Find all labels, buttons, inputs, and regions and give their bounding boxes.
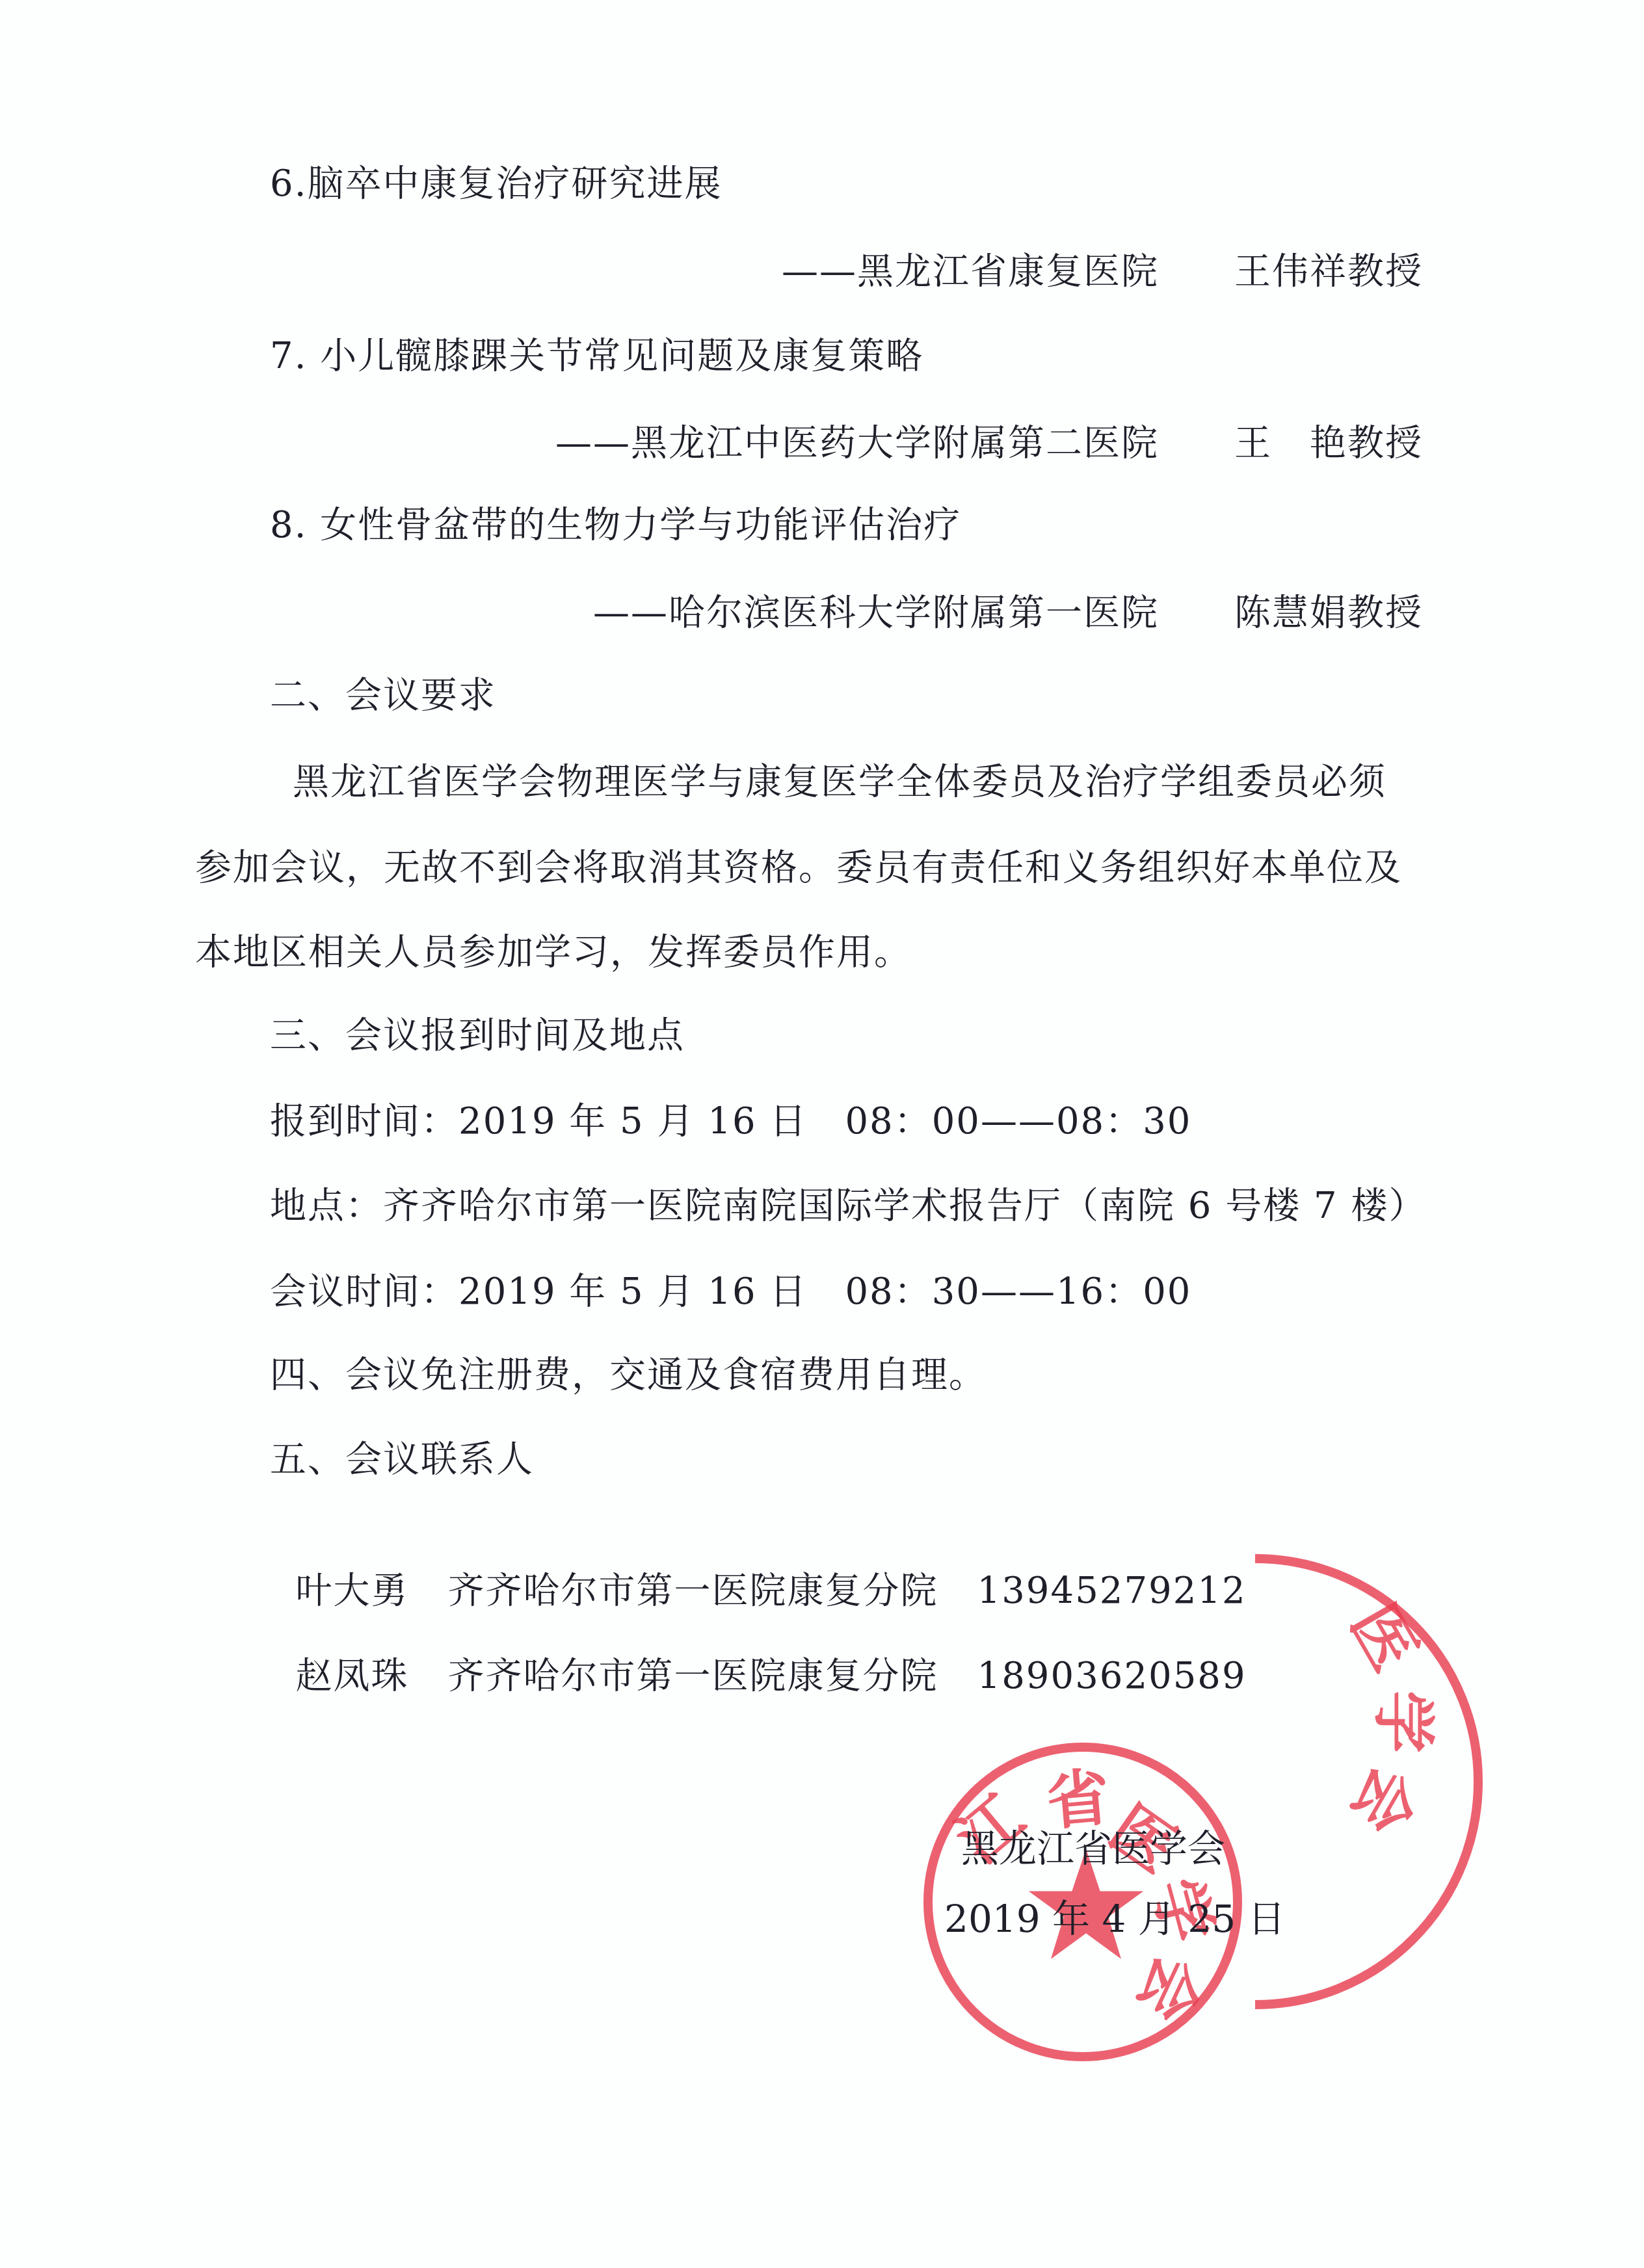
meeting-location: 地点：齐齐哈尔市第一医院南院国际学术报告厅（南院 6 号楼 7 楼）	[270, 1183, 1426, 1229]
talk-6-speaker: ——黑龙江省康复医院 王伟祥教授	[782, 249, 1423, 295]
section-5-heading: 五、会议联系人	[270, 1437, 534, 1483]
contact-org: 齐齐哈尔市第一医院康复分院	[448, 1655, 938, 1697]
meeting-time: 会议时间：2019 年 5 月 16 日 08：30——16：00	[270, 1269, 1191, 1315]
section-2-heading: 二、会议要求	[270, 673, 496, 719]
section-4-heading: 四、会议免注册费，交通及食宿费用自理。	[270, 1352, 987, 1398]
section-2-paragraph-line-2: 参加会议，无故不到会将取消其资格。委员有责任和义务组织好本单位及	[195, 845, 1402, 891]
partial-seal-char: 学	[1372, 1691, 1435, 1753]
signature-org: 黑龙江省医学会	[961, 1826, 1225, 1871]
section-2-paragraph-line-1: 黑龙江省医学会物理医学与康复医学全体委员及治疗学组委员必须	[293, 759, 1386, 805]
contact-row: 赵凤珠齐齐哈尔市第一医院康复分院18903620589	[270, 1608, 1247, 1699]
contact-phone: 13945279212	[977, 1570, 1247, 1612]
contact-name: 赵凤珠	[296, 1655, 409, 1697]
section-2-paragraph-line-3: 本地区相关人员参加学习，发挥委员作用。	[195, 930, 912, 975]
signature-date: 2019 年 4 月 25 日	[944, 1896, 1286, 1942]
talk-7-speaker: ——黑龙江中医药大学附属第二医院 王 艳教授	[555, 421, 1423, 466]
contact-row: 叶大勇齐齐哈尔市第一医院康复分院13945279212	[270, 1523, 1247, 1614]
seal-char: 省	[1044, 1766, 1112, 1834]
checkin-time: 报到时间：2019 年 5 月 16 日 08：00——08：30	[270, 1099, 1191, 1144]
talk-7-title: 7. 小儿髋膝踝关节常见问题及康复策略	[270, 334, 923, 379]
contact-phone: 18903620589	[977, 1655, 1247, 1697]
section-3-heading: 三、会议报到时间及地点	[270, 1013, 685, 1059]
contact-name: 叶大勇	[296, 1570, 409, 1612]
talk-8-speaker: ——哈尔滨医科大学附属第一医院 陈慧娟教授	[593, 590, 1423, 636]
talk-8-title: 8. 女性骨盆带的生物力学与功能评估治疗	[270, 503, 961, 548]
talk-6-title: 6.脑卒中康复治疗研究进展	[270, 161, 722, 207]
contact-org: 齐齐哈尔市第一医院康复分院	[448, 1570, 938, 1612]
